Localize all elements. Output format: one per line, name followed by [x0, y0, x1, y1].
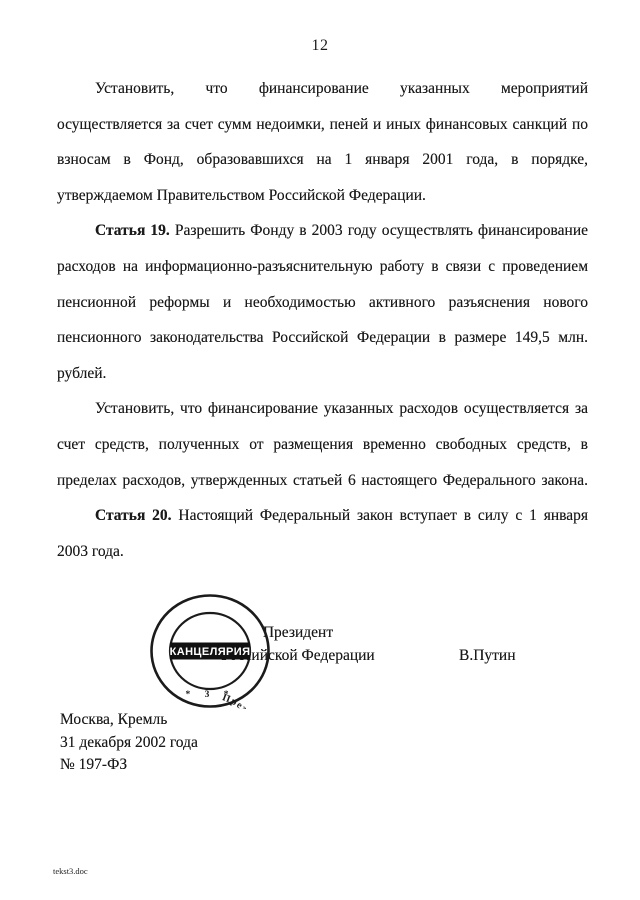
footer-filename: tekst3.doc [53, 866, 88, 876]
text-line: Установить, что финансирование указанных… [57, 391, 588, 427]
document-body: Установить, что финансирование указанных… [57, 71, 588, 569]
text-line: Установить, что финансирование указанных… [57, 71, 588, 107]
text-line: Статья 20. Настоящий Федеральный закон в… [57, 498, 588, 534]
text-span: Разрешить Фонду в 2003 году осуществлять… [170, 222, 588, 239]
law-number-line: № 197-ФЗ [60, 754, 198, 777]
document-page: 12 Установить, что финансирование указан… [0, 0, 640, 900]
paragraph-2: Установить, что финансирование указанных… [57, 391, 588, 498]
text-line: пределах расходов, утвержденных статьей … [57, 463, 588, 499]
text-line: расходов на информационно-разъяснительну… [57, 249, 588, 285]
paragraph-article-20: Статья 20. Настоящий Федеральный закон в… [57, 498, 588, 569]
place-line: Москва, Кремль [60, 709, 198, 732]
text-line: пенсионного законодательства Российской … [57, 320, 588, 356]
date-line: 31 декабря 2002 года [60, 732, 198, 755]
presidential-seal-stamp-icon: Президент Российской Федерации * 3 * КАН… [149, 594, 271, 709]
article-20-lead: Статья 20. [95, 507, 172, 524]
paragraph-1: Установить, что финансирование указанных… [57, 71, 588, 213]
seal-bottom-number: * 3 * [186, 690, 235, 700]
text-line: взносам в Фонд, образовавшихся на 1 янва… [57, 142, 588, 178]
text-line: Статья 19. Разрешить Фонду в 2003 году о… [57, 213, 588, 249]
signatory-name: В.Путин [459, 645, 516, 668]
text-span: Настоящий Федеральный закон вступает в с… [172, 507, 588, 524]
text-line: счет средств, полученных от размещения в… [57, 427, 588, 463]
paragraph-article-19: Статья 19. Разрешить Фонду в 2003 году о… [57, 213, 588, 391]
text-line: утверждаемом Правительством Российской Ф… [57, 178, 588, 214]
page-number: 12 [0, 37, 640, 55]
seal-center-label: КАНЦЕЛЯРИЯ [170, 646, 251, 658]
date-block: Москва, Кремль 31 декабря 2002 года № 19… [60, 709, 198, 777]
text-line: осуществляется за счет сумм недоимки, пе… [57, 107, 588, 143]
text-line: 2003 года. [57, 534, 588, 570]
text-line: пенсионной реформы и необходимостью акти… [57, 285, 588, 321]
article-19-lead: Статья 19. [95, 222, 170, 239]
text-line: рублей. [57, 356, 588, 392]
